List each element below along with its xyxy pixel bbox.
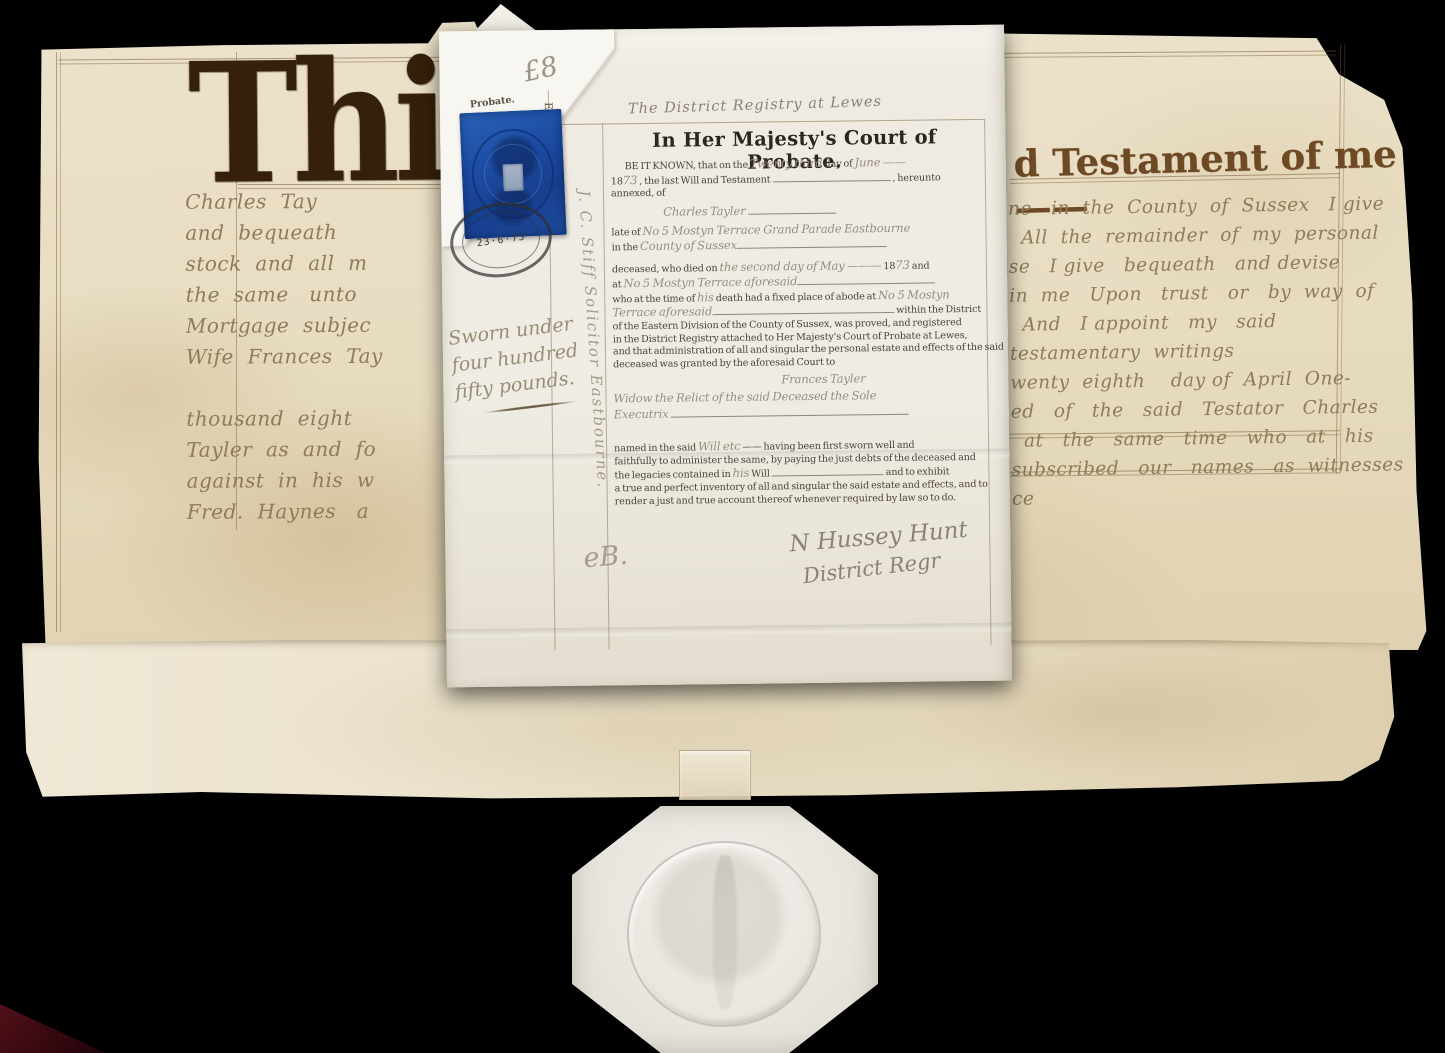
handwritten-line: Fred. Haynes a [187, 495, 487, 528]
handwritten-entry: 73 [623, 173, 638, 187]
certificate-line: Widow the Relict of the said Deceased th… [613, 387, 985, 404]
pencil-monogram: eB. [582, 540, 629, 575]
handwritten-entry: Frances Tayler [781, 371, 865, 386]
sworn-value-note: Sworn underfour hundredfifty pounds. [447, 311, 584, 418]
handwritten-line: Tayler as and fo [186, 433, 486, 466]
handwritten-entry: Will etc [698, 439, 741, 454]
registrar-signature: N Hussey Hunt [789, 517, 969, 558]
blank-rule [712, 304, 894, 315]
blank-rule [748, 205, 836, 215]
printed-text: 18 [611, 176, 623, 187]
handwritten-entry: No 5 Mostyn [878, 287, 950, 302]
handwritten-entry: Charles Tayler [663, 204, 748, 219]
printed-text: day of [823, 158, 855, 169]
handwritten-entry: Terrace aforesaid [612, 304, 712, 319]
printed-text: at [612, 279, 623, 290]
handwritten-line: ce [1012, 479, 1412, 514]
printed-text: and to exhibit [884, 467, 950, 479]
printed-text: deceased was granted by the aforesaid Co… [613, 357, 835, 371]
printed-text: in the [612, 242, 640, 253]
printed-text: —— having been first sworn well and [740, 440, 914, 453]
handwritten-entry: No 5 Mostyn Terrace aforesaid [623, 274, 797, 290]
handwritten-entry: 73 [895, 258, 910, 272]
handwritten-entry: the second day of May ——— [719, 258, 881, 274]
printed-text: within the District [894, 304, 981, 316]
photo-stage: This d Testament of me —— Charles Tayand… [0, 0, 1445, 1053]
handwritten-line: thousand eight [186, 402, 486, 435]
blank-rule [737, 238, 887, 249]
table-cloth [0, 985, 170, 1053]
printed-text: and [910, 261, 930, 272]
certificate-line: Executrix [614, 404, 986, 421]
printed-text: death had a fixed place of abode at [714, 291, 878, 304]
handwritten-line: Mortgage subjec [186, 309, 486, 342]
certificate-body: BE IT KNOWN, that on the Twenty third da… [611, 155, 987, 509]
handwritten-line: the same unto [186, 278, 486, 311]
printed-text: , the last Will and Testament [637, 174, 772, 187]
blank-rule [671, 406, 909, 418]
handwritten-entry: Widow the Relict of the said Deceased th… [613, 388, 876, 405]
embossed-seal [572, 806, 878, 1053]
printed-text: late of [611, 227, 642, 238]
seal-tab [679, 750, 751, 800]
printed-text: deceased, who died on [612, 263, 720, 275]
stamp-center-panel [502, 163, 523, 191]
printed-text: 18 [881, 261, 895, 272]
handwritten-line: in me Upon trust or by way of [1009, 276, 1409, 311]
handwritten-line: subscribed our names as witnesses [1011, 450, 1411, 485]
certificate-line: Frances Tayler [613, 370, 985, 388]
printed-text: who at the time of [612, 293, 697, 305]
parchment-right-text: ne in the County of Sussex I give All th… [1008, 189, 1412, 514]
printed-text: , hereunto [890, 172, 940, 184]
blank-rule [797, 274, 935, 285]
printed-text: Will [749, 469, 772, 480]
postmark-date: 23·6·73 [476, 231, 526, 249]
printed-text: annexed, of [611, 188, 665, 200]
handwritten-line: All the remainder of my personal [1008, 218, 1408, 253]
handwritten-entry: No 5 Mostyn Terrace Grand Parade Eastbou… [642, 221, 910, 238]
handwritten-line [186, 371, 486, 404]
certificate-line: Charles Tayler [611, 199, 983, 219]
printed-text: BE IT KNOWN, that on the [625, 160, 751, 173]
certificate-crease [446, 623, 1011, 640]
blank-rule [772, 466, 884, 476]
handwritten-line: stock and all m [185, 247, 485, 280]
handwritten-entry: Executrix [614, 407, 672, 422]
handwritten-entry: his [697, 290, 714, 304]
handwritten-entry: his [733, 466, 750, 480]
certificate-line: in the County of Sussex [612, 235, 984, 254]
handwritten-line: against in his w [187, 464, 487, 497]
handwritten-entry: Twenty third [750, 156, 823, 171]
handwritten-entry: County of Sussex [640, 237, 737, 252]
printed-text: named in the said [614, 442, 698, 454]
handwritten-entry: June —— [854, 155, 905, 170]
printed-text: the legacies contained in [614, 469, 732, 481]
handwritten-line: Wife Frances Tay [186, 340, 486, 373]
registry-heading: The District Registry at Lewes [628, 94, 882, 118]
ruled-border-left [56, 52, 61, 632]
blank-rule [772, 172, 890, 182]
